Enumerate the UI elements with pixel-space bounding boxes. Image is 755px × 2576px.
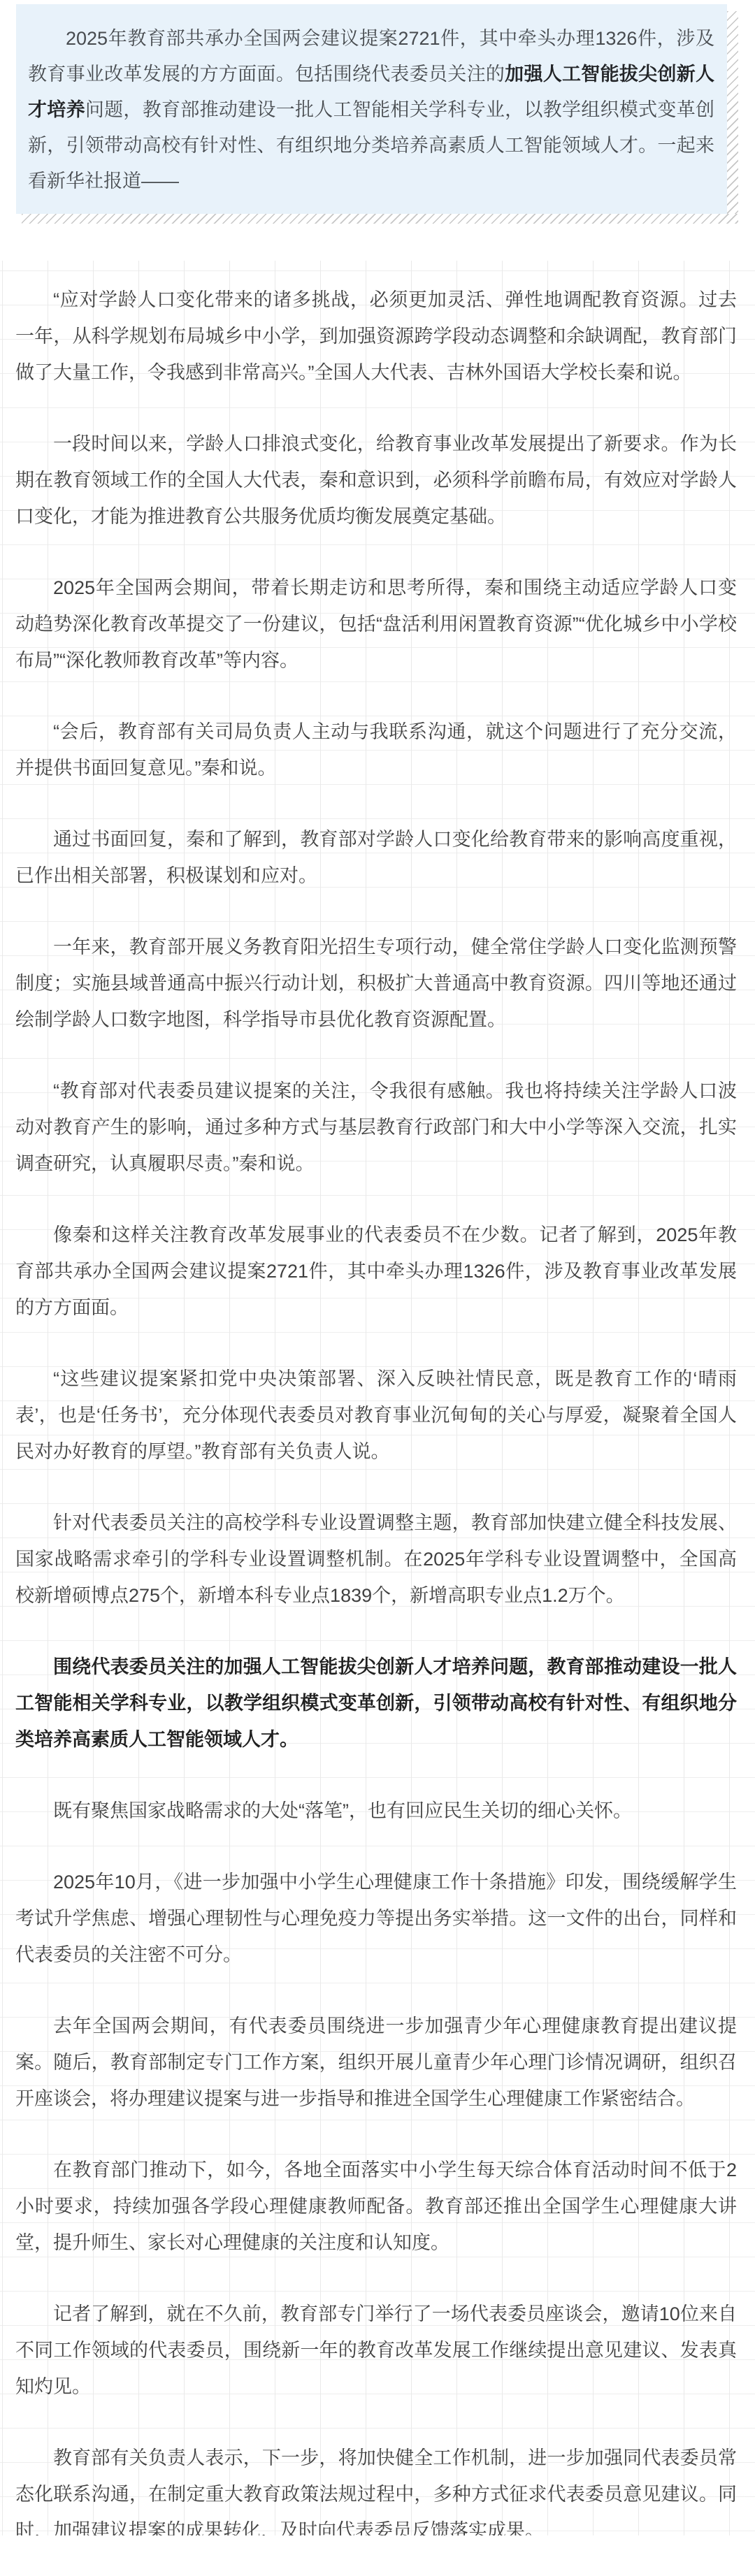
paragraph: “教育部对代表委员建议提案的关注，令我很有感触。我也将持续关注学龄人口波动对教育…	[15, 1073, 737, 1182]
intro-box: 2025年教育部共承办全国两会建议提案2721件，其中牵头办理1326件，涉及教…	[16, 4, 727, 214]
page: { "intro_box": { "bg_color": "#e8f2fa", …	[0, 0, 755, 2576]
article-body: “应对学龄人口变化带来的诸多挑战，必须更加灵活、弹性地调配教育资源。过去一年，从…	[0, 261, 755, 2535]
paragraph: 通过书面回复，秦和了解到，教育部对学龄人口变化给教育带来的影响高度重视，已作出相…	[15, 821, 737, 894]
intro-shadow-bottom	[22, 214, 738, 224]
paragraph: 既有聚焦国家战略需求的大处“落笔”，也有回应民生关切的细心关怀。	[15, 1793, 737, 1829]
paragraph: 2025年10月，《进一步加强中小学生心理健康工作十条措施》印发，围绕缓解学生考…	[15, 1864, 737, 1973]
paragraph: “这些建议提案紧扣党中央决策部署、深入反映社情民意，既是教育工作的‘晴雨表’，也…	[15, 1361, 737, 1470]
paragraph: 一年来，教育部开展义务教育阳光招生专项行动，健全常住学龄人口变化监测预警制度；实…	[15, 929, 737, 1038]
intro-text-segment: 问题，教育部推动建设一批人工智能相关学科专业，以教学组织模式变革创新，引领带动高…	[28, 99, 714, 191]
intro-shadow-right	[727, 11, 738, 214]
paragraph-bold: 围绕代表委员关注的加强人工智能拔尖创新人才培养问题，教育部推动建设一批人工智能相…	[15, 1649, 737, 1758]
paragraph: 2025年全国两会期间，带着长期走访和思考所得，秦和围绕主动适应学龄人口变动趋势…	[15, 570, 737, 679]
paragraph: 教育部有关负责人表示，下一步，将加快健全工作机制，进一步加强同代表委员常态化联系…	[15, 2440, 737, 2535]
paragraph: “应对学龄人口变化带来的诸多挑战，必须更加灵活、弹性地调配教育资源。过去一年，从…	[15, 282, 737, 391]
paragraph: 像秦和这样关注教育改革发展事业的代表委员不在少数。记者了解到，2025年教育部共…	[15, 1217, 737, 1326]
paragraph: 去年全国两会期间，有代表委员围绕进一步加强青少年心理健康教育提出建议提案。随后，…	[15, 2008, 737, 2117]
paragraph: “会后，教育部有关司局负责人主动与我联系沟通，就这个问题进行了充分交流，并提供书…	[15, 714, 737, 786]
paragraph: 一段时间以来，学龄人口排浪式变化，给教育事业改革发展提出了新要求。作为长期在教育…	[15, 426, 737, 535]
paragraph: 记者了解到，就在不久前，教育部专门举行了一场代表委员座谈会，邀请10位来自不同工…	[15, 2296, 737, 2405]
intro-paragraph: 2025年教育部共承办全国两会建议提案2721件，其中牵头办理1326件，涉及教…	[28, 21, 714, 199]
paragraph: 在教育部门推动下，如今，各地全面落实中小学生每天综合体育活动时间不低于2小时要求…	[15, 2152, 737, 2261]
paragraph: 针对代表委员关注的高校学科专业设置调整主题，教育部加快建立健全科技发展、国家战略…	[15, 1505, 737, 1614]
